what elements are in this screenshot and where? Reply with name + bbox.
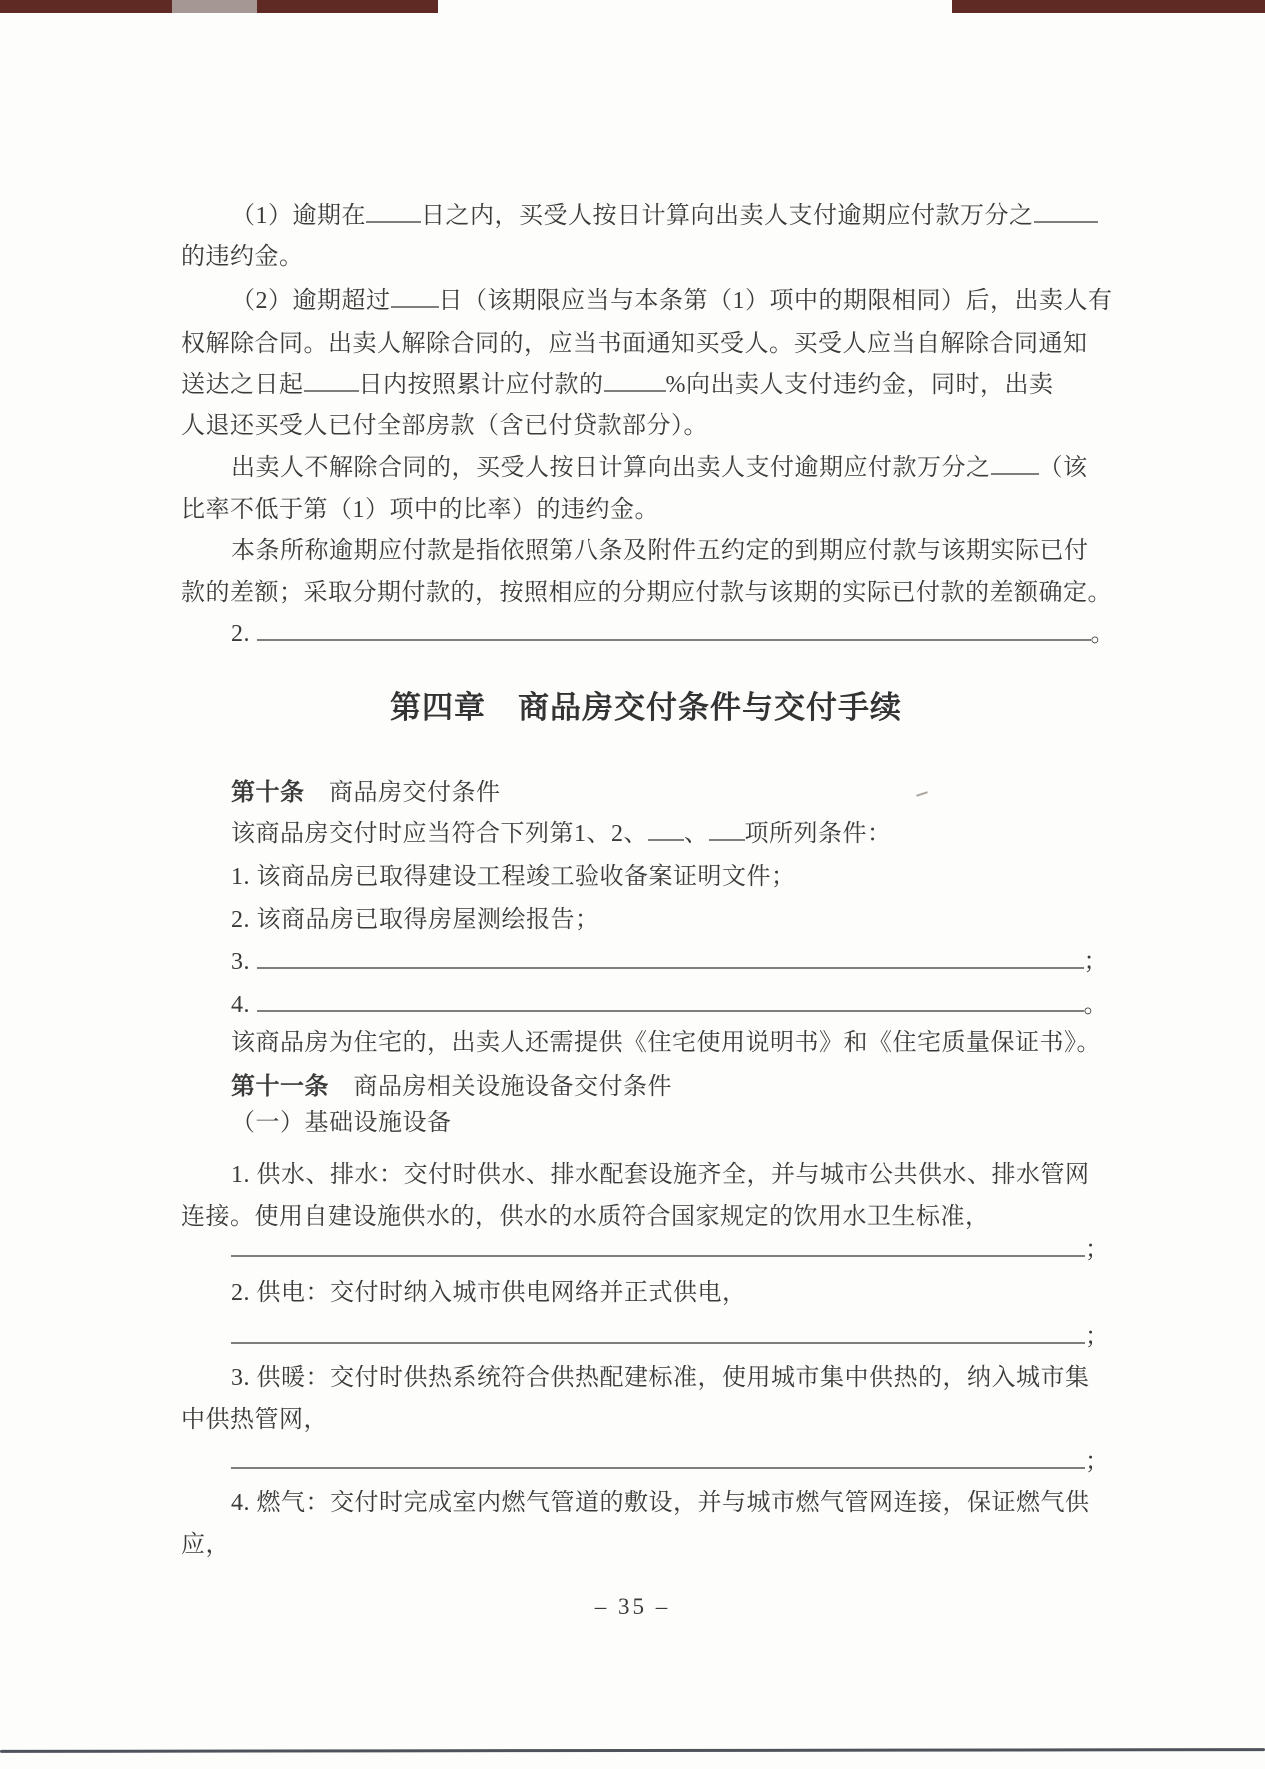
clause-text: 应， [181,1532,230,1558]
clause-text: 。 [1084,992,1109,1018]
clause-text: 比率不低于第（1）项中的比率）的违约金。 [181,497,659,523]
text-line: ； [181,1441,1176,1483]
scan-artifact-top-right-bar [952,0,1265,13]
text-line: ； [181,1316,1176,1358]
clause-text: 出卖人不解除合同的，买受人按日计算向出卖人支付逾期应付款万分之 [231,455,991,481]
text-line: 1. 该商品房已取得建设工程竣工验收备案证明文件； [181,856,1176,898]
fill-in-blank [257,619,1091,641]
text-line: 该商品房为住宅的，出卖人还需提供《住宅使用说明书》和《住宅质量保证书》。 [181,1022,1176,1064]
scan-artifact-top-bar-gap [172,0,257,13]
text-line: 本条所称逾期应付款是指依照第八条及附件五约定的到期应付款与该期实际已付 [181,530,1176,572]
fill-in-blank [257,947,1084,969]
clause-text: 4. 燃气：交付时完成室内燃气管道的敷设，并与城市燃气管网连接，保证燃气供 [231,1490,1090,1516]
page-number: – 35 – [0,1586,1265,1628]
fill-in-blank [709,819,745,841]
text-line: 2. 。 [181,613,1176,655]
clause-text: 3. [231,949,257,975]
text-line: 比率不低于第（1）项中的比率）的违约金。 [181,489,1126,531]
fill-in-blank [231,1322,1085,1344]
clause-text: %向出卖人支付违约金，同时，出卖 [666,372,1054,398]
text-line: 权解除合同。出卖人解除合同的，应当书面通知买受人。买受人应当自解除合同通知 [181,323,1126,365]
clause-heading: 第十条 [231,780,305,806]
clause-text: 3. 供暖：交付时供热系统符合供热配建标准，使用城市集中供热的，纳入城市集 [231,1365,1090,1391]
clause-text: 连接。使用自建设施供水的，供水的水质符合国家规定的饮用水卫生标准， [181,1204,990,1230]
clause-text: 项所列条件： [745,821,892,847]
clause-text: 4. [231,992,257,1018]
clause-text: （2）逾期超过 [231,288,391,314]
clause-text: ； [1085,1449,1110,1475]
text-line: 中供热管网， [181,1399,1126,1441]
clause-text: 的违约金。 [181,244,304,270]
chapter-title: 第四章 商品房交付条件与交付手续 [181,687,1111,729]
clause-text: 权解除合同。出卖人解除合同的，应当书面通知买受人。买受人应当自解除合同通知 [181,331,1088,357]
text-line: 1. 供水、排水：交付时供水、排水配套设施齐全，并与城市公共供水、排水管网 [181,1154,1176,1196]
fill-in-blank [231,1447,1085,1469]
clause-text: （一）基础设施设备 [231,1110,452,1136]
text-line: 3. 供暖：交付时供热系统符合供热配建标准，使用城市集中供热的，纳入城市集 [181,1357,1176,1399]
clause-text: 款的差额；采取分期付款的，按照相应的分期应付款与该期的实际已付款的差额确定。 [181,580,1112,606]
scan-artifact-bottom-edge-line [0,1748,1265,1753]
clause-text: 2. 供电：交付时纳入城市供电网络并正式供电， [231,1280,747,1306]
fill-in-blank [366,201,421,223]
clause-text: 该商品房为住宅的，出卖人还需提供《住宅使用说明书》和《住宅质量保证书》。 [231,1030,1101,1056]
clause-text: ； [1085,1237,1110,1263]
clause-text: 商品房相关设施设备交付条件 [329,1074,672,1100]
fill-in-blank [648,819,684,841]
fill-in-blank [391,286,439,308]
clause-text: 日（该期限应当与本条第（1）项中的期限相同）后，出卖人有 [439,288,1113,314]
document-page: 第四章 商品房交付条件与交付手续 （1）逾期在日之内，买受人按日计算向出卖人支付… [0,0,1265,1769]
fill-in-blank [257,990,1084,1012]
clause-text: （该 [1039,455,1088,481]
clause-text: （1）逾期在 [231,203,366,229]
text-line: 人退还买受人已付全部房款（含已付贷款部分）。 [181,405,1126,447]
text-line: 送达之日起日内按照累计应付款的%向出卖人支付违约金，同时，出卖 [181,364,1126,406]
clause-text: 2. 该商品房已取得房屋测绘报告； [231,907,600,933]
fill-in-blank [304,370,359,392]
clause-text: 日之内，买受人按日计算向出卖人支付逾期应付款万分之 [421,203,1034,229]
clause-text: 日内按照累计应付款的 [359,372,604,398]
clause-text: 商品房交付条件 [305,780,501,806]
text-line: （1）逾期在日之内，买受人按日计算向出卖人支付逾期应付款万分之 [181,195,1176,237]
clause-text: 1. 该商品房已取得建设工程竣工验收备案证明文件； [231,864,796,890]
text-line: 4. 。 [181,984,1176,1026]
text-line: 2. 该商品房已取得房屋测绘报告； [181,899,1176,941]
fill-in-blank [604,370,666,392]
fill-in-blank [1034,201,1098,223]
text-line: （一）基础设施设备 [181,1102,1176,1144]
text-line: 应， [181,1524,1126,1566]
clause-text: 本条所称逾期应付款是指依照第八条及附件五约定的到期应付款与该期实际已付 [231,538,1089,564]
clause-text: 2. [231,621,257,647]
fill-in-blank [231,1235,1085,1257]
clause-heading: 第十一条 [231,1074,329,1100]
text-line: ； [181,1229,1176,1271]
text-line: 的违约金。 [181,236,1126,278]
fill-in-blank [991,453,1039,475]
clause-text: 。 [1091,621,1116,647]
text-line: （2）逾期超过日（该期限应当与本条第（1）项中的期限相同）后，出卖人有 [181,280,1176,322]
clause-text: 该商品房交付时应当符合下列第1、2、 [231,821,648,847]
text-line: 2. 供电：交付时纳入城市供电网络并正式供电， [181,1272,1176,1314]
clause-text: 、 [684,821,709,847]
clause-text: 送达之日起 [181,372,304,398]
clause-text: ； [1084,949,1109,975]
text-line: 第十条 商品房交付条件 [181,772,1176,814]
text-line: 该商品房交付时应当符合下列第1、2、、项所列条件： [181,813,1176,855]
text-line: 4. 燃气：交付时完成室内燃气管道的敷设，并与城市燃气管网连接，保证燃气供 [181,1482,1176,1524]
clause-text: 中供热管网， [181,1407,328,1433]
clause-text: 人退还买受人已付全部房款（含已付贷款部分）。 [181,413,708,439]
text-line: 3. ； [181,941,1176,983]
text-line: 出卖人不解除合同的，买受人按日计算向出卖人支付逾期应付款万分之（该 [181,447,1176,489]
text-line: 款的差额；采取分期付款的，按照相应的分期应付款与该期的实际已付款的差额确定。 [181,572,1126,614]
clause-text: ； [1085,1324,1110,1350]
clause-text: 1. 供水、排水：交付时供水、排水配套设施齐全，并与城市公共供水、排水管网 [231,1162,1090,1188]
